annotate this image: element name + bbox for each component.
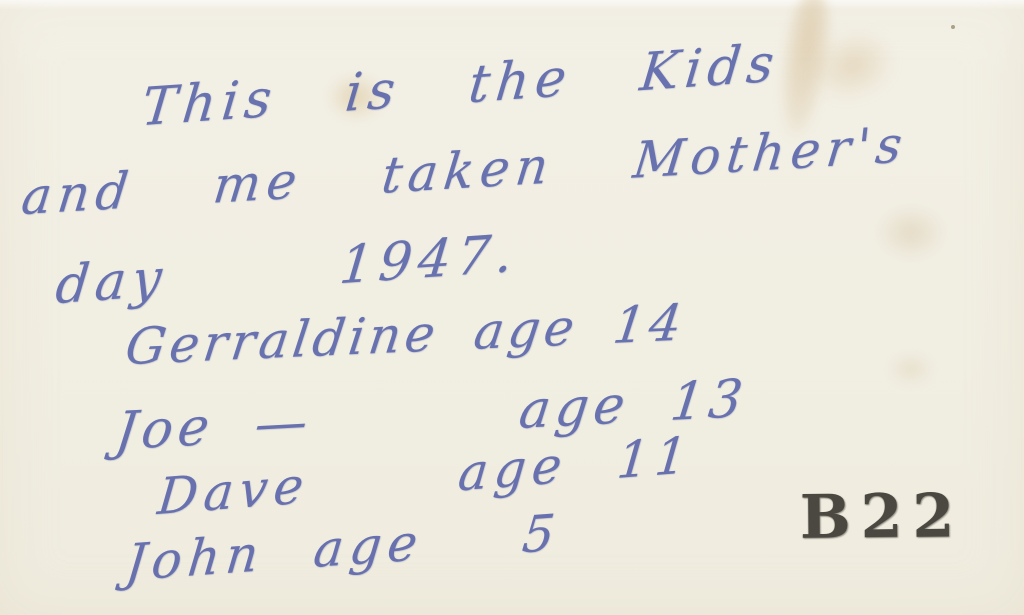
- stain-top-right-drip: [772, 0, 838, 140]
- handwriting-line-6: Dave age 11: [155, 426, 695, 527]
- stain-top-right-blob: [799, 17, 908, 114]
- handwriting-line-5: Joe — age 13: [112, 369, 750, 463]
- handwriting-line-1: This is the Kids: [139, 33, 783, 138]
- stain-lower-right: [888, 352, 934, 386]
- handwriting-line-4: Gerraldine age 14: [122, 293, 689, 376]
- stain-right-middle: [876, 205, 946, 260]
- paper-speck: [951, 25, 955, 29]
- stain-upper-middle: [326, 72, 386, 122]
- handwriting-line-7: John age 5: [123, 503, 564, 592]
- photo-back-card: This is the Kids and me taken Mother's d…: [0, 0, 1024, 615]
- handwriting-line-3: day 1947.: [53, 223, 522, 316]
- archive-number-stamp: B22: [800, 481, 965, 552]
- handwriting-line-2: and me taken Mother's: [19, 115, 911, 226]
